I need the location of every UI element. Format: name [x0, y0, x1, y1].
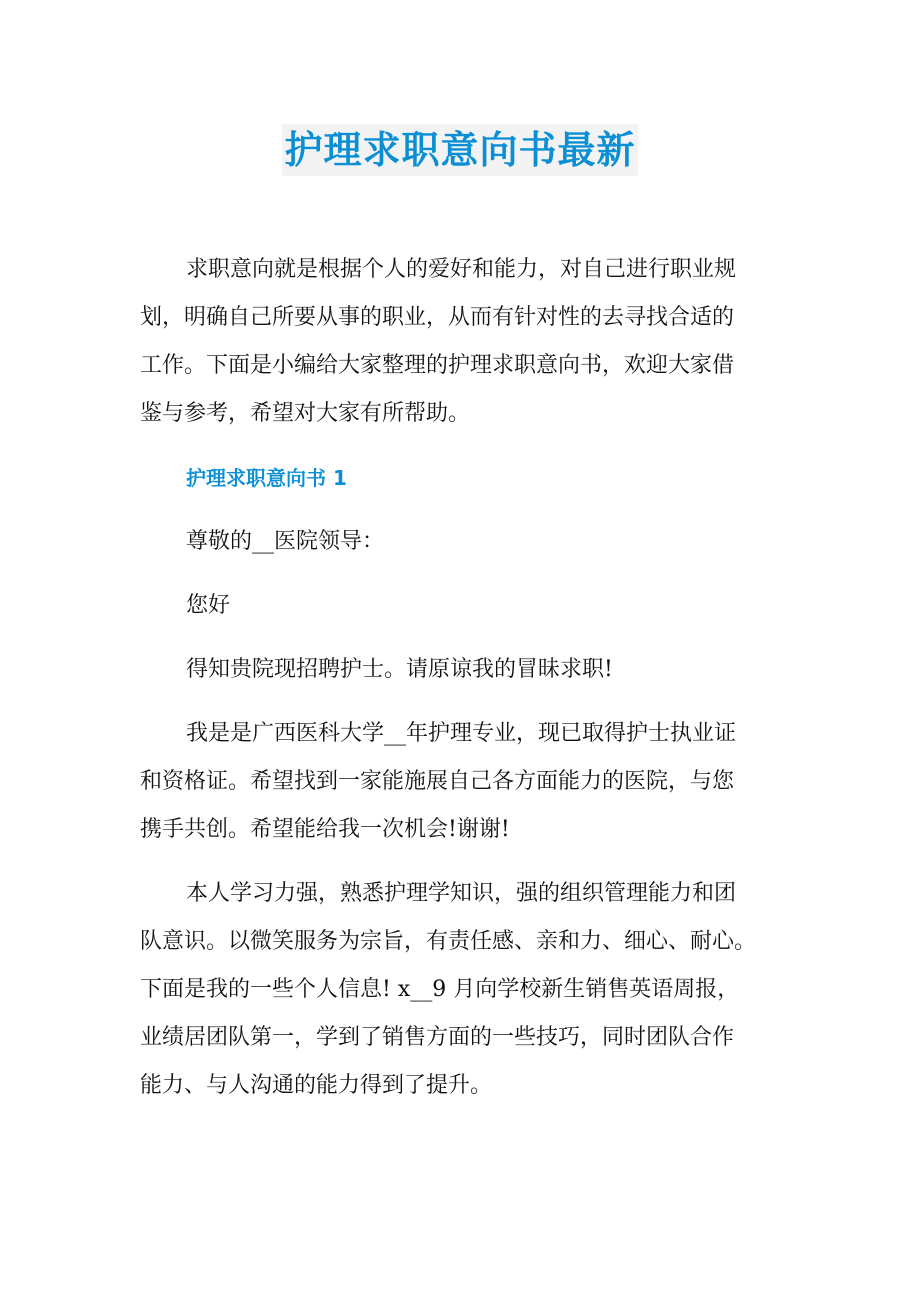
paragraph-line: 本人学习力强，熟悉护理学知识，强的组织管理能力和团 — [140, 870, 780, 918]
salutation: 尊敬的__医院领导： — [140, 518, 780, 566]
document-title: 护理求职意向书最新 — [282, 124, 637, 176]
title-container: 护理求职意向书最新 — [0, 124, 920, 176]
greeting: 您好 — [140, 582, 780, 630]
paragraph-line: 下面是我的一些个人信息! x__9 月向学校新生销售英语周报， — [140, 966, 780, 1014]
intro-line: 鉴与参考，希望对大家有所帮助。 — [140, 390, 780, 438]
section-heading: 护理求职意向书 1 — [140, 454, 780, 502]
document-body: 求职意向就是根据个人的爱好和能力，对自己进行职业规 划，明确自己所要从事的职业，… — [140, 246, 780, 1110]
opening-line: 得知贵院现招聘护士。请原谅我的冒昧求职! — [140, 646, 780, 694]
paragraph-line: 携手共创。希望能给我一次机会!谢谢! — [140, 806, 780, 854]
intro-line: 工作。下面是小编给大家整理的护理求职意向书，欢迎大家借 — [140, 342, 780, 390]
intro-line: 求职意向就是根据个人的爱好和能力，对自己进行职业规 — [140, 246, 780, 294]
intro-line: 划，明确自己所要从事的职业，从而有针对性的去寻找合适的 — [140, 294, 780, 342]
paragraph-line: 能力、与人沟通的能力得到了提升。 — [140, 1062, 780, 1110]
paragraph-line: 业绩居团队第一，学到了销售方面的一些技巧，同时团队合作 — [140, 1014, 780, 1062]
paragraph-line: 队意识。以微笑服务为宗旨，有责任感、亲和力、细心、耐心。 — [140, 918, 780, 966]
background-paragraph: 我是是广西医科大学__年护理专业，现已取得护士执业证 和资格证。希望找到一家能施… — [140, 710, 780, 854]
intro-paragraph: 求职意向就是根据个人的爱好和能力，对自己进行职业规 划，明确自己所要从事的职业，… — [140, 246, 780, 438]
paragraph-line: 和资格证。希望找到一家能施展自己各方面能力的医院，与您 — [140, 758, 780, 806]
paragraph-line: 我是是广西医科大学__年护理专业，现已取得护士执业证 — [140, 710, 780, 758]
skills-paragraph: 本人学习力强，熟悉护理学知识，强的组织管理能力和团 队意识。以微笑服务为宗旨，有… — [140, 870, 780, 1110]
